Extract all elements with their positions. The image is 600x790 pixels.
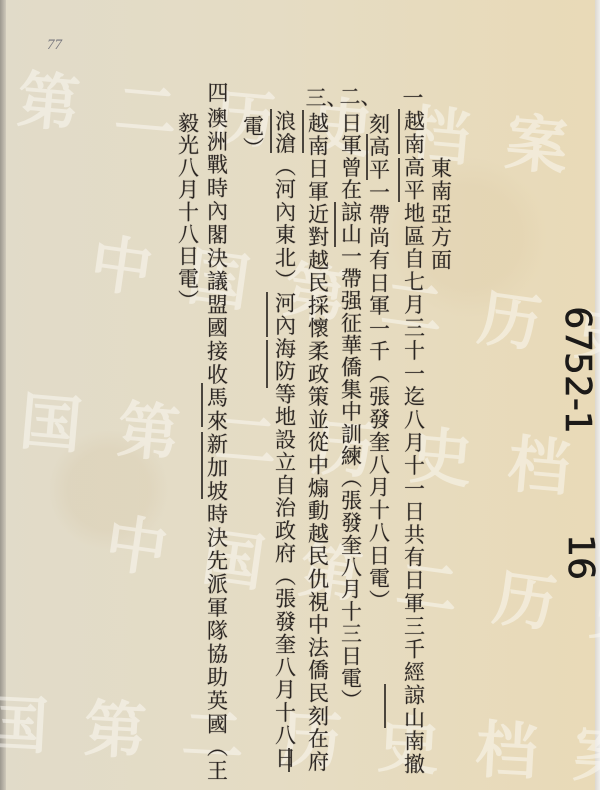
item-1-line-1: 越南高平地區自七月三十一迄八月十一日共有日軍三千經諒山南撤: [403, 110, 424, 776]
section-title: 東南亞方面: [430, 157, 451, 272]
page-number: 16: [560, 532, 600, 582]
watermark-row: 中国第二历史档案馆: [0, 688, 600, 790]
item-4-line-1: 澳洲戰時內閣決議盟國接收馬來新加坡時決先派軍隊協助英國（王: [206, 107, 227, 783]
watermark-row: 中国第二历史档案馆: [0, 382, 600, 521]
corner-pencil-mark: 77: [47, 37, 62, 54]
item-4-line-2: 毅光八月十八日電）: [177, 112, 198, 312]
proper-noun-mark: [302, 110, 304, 153]
item-number-4: 四: [208, 83, 229, 104]
item-3-line-1: 越南日軍近對越民採懷柔政策並從中煽動越民仇視中法僑民刻在府: [307, 112, 328, 773]
proper-noun-mark: [270, 109, 272, 153]
item-3-line-2: 浪滄（河內東北）河內海防等地設立自治政府（張發奎八月十八日: [274, 110, 295, 770]
document-page: 中国第二历史档案馆 中国第二历史档案馆 中国第二历史档案馆 中国第二历史档案馆 …: [0, 0, 600, 790]
proper-noun-mark: [266, 292, 268, 337]
watermark-row: 中国第二历史档案馆: [0, 52, 600, 191]
item-1-line-2: 刻高平一帶尚有日軍一千（張發奎八月十八日電）: [368, 113, 389, 612]
proper-noun-mark: [201, 383, 203, 427]
item-2-line-1: 日軍曾在諒山一帶强征華僑集中訓練（張發奎八月十三日電）: [340, 112, 361, 711]
proper-noun-mark: [334, 202, 336, 247]
proper-noun-mark: [384, 684, 386, 728]
item-number-3: 三、: [306, 88, 348, 109]
proper-noun-mark: [288, 748, 290, 772]
item-3-line-3: 電）: [242, 115, 263, 159]
proper-noun-mark: [201, 432, 203, 499]
proper-noun-mark: [398, 158, 400, 202]
archive-number: 6752-1: [557, 290, 597, 450]
proper-noun-mark: [266, 340, 268, 388]
proper-noun-mark: [398, 109, 400, 154]
scan-edge-left: [0, 0, 6, 790]
proper-noun-mark: [366, 134, 368, 180]
item-number-1: 一: [403, 88, 424, 109]
